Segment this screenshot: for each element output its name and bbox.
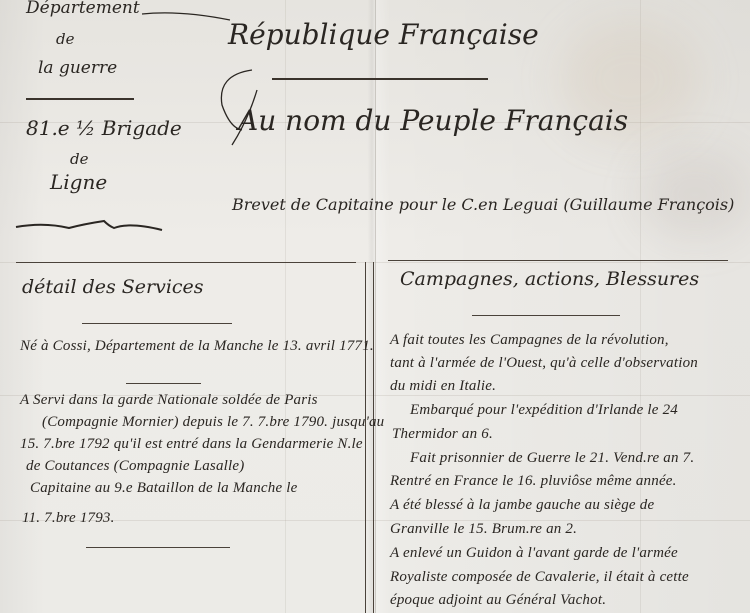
center-fold <box>375 0 376 613</box>
header-divider <box>26 98 134 100</box>
campaign-entry: A enlevé un Guidon à l'avant garde de l'… <box>390 545 678 562</box>
title-flourish <box>140 6 240 56</box>
service-entry: Capitaine au 9.e Bataillon de la Manche … <box>30 480 298 497</box>
service-entry: (Compagnie Mornier) depuis le 7. 7.bre 1… <box>42 414 384 431</box>
title-republique: République Française <box>228 18 539 51</box>
department-la-guerre: la guerre <box>38 58 117 78</box>
campaign-entry: Granville le 15. Brum.re an 2. <box>390 521 577 538</box>
service-entry: 11. 7.bre 1793. <box>22 510 115 527</box>
brigade-ligne: Ligne <box>50 170 107 194</box>
column-divider <box>365 262 366 613</box>
brigade-flourish <box>14 218 164 234</box>
campaign-entry: A été blessé à la jambe gauche au siège … <box>390 497 654 514</box>
campaign-entry: Thermidor an 6. <box>392 426 493 443</box>
document-page: Département de la guerre 81.e ½ Brigade … <box>0 0 750 613</box>
department-label: Département <box>26 0 140 18</box>
title-divider <box>272 78 488 80</box>
service-entry: 15. 7.bre 1792 qu'il est entré dans la G… <box>20 436 363 453</box>
service-entry: Né à Cossi, Département de la Manche le … <box>20 338 374 355</box>
brigade-de: de <box>70 150 88 168</box>
service-entry: de Coutances (Compagnie Lasalle) <box>26 458 244 475</box>
campaign-entry: tant à l'armée de l'Ouest, qu'à celle d'… <box>390 355 698 372</box>
service-separator <box>126 383 201 384</box>
campaign-entry: du midi en Italie. <box>390 378 496 395</box>
campaign-entry: Rentré en France le 16. pluviôse même an… <box>390 473 677 490</box>
title-brevet: Brevet de Capitaine pour le C.en Leguai … <box>232 195 734 214</box>
services-heading-rule <box>82 323 232 324</box>
campaign-entry: Embarqué pour l'expédition d'Irlande le … <box>410 402 678 419</box>
campaign-entry: époque adjoint au Général Vachot. <box>390 592 606 609</box>
campaigns-heading: Campagnes, actions, Blessures <box>400 268 699 290</box>
department-de: de <box>56 30 74 48</box>
campaign-entry: Royaliste composée de Cavalerie, il étai… <box>390 569 689 586</box>
column-divider-2 <box>373 262 374 613</box>
brigade-label: 81.e ½ Brigade <box>26 116 182 140</box>
services-end-rule <box>86 547 230 548</box>
campaigns-heading-rule <box>472 315 620 316</box>
service-entry: A Servi dans la garde Nationale soldée d… <box>20 392 318 409</box>
services-top-rule <box>16 262 356 263</box>
campaigns-top-rule <box>388 260 728 261</box>
title-au-nom: Au nom du Peuple Français <box>238 104 628 137</box>
campaign-entry: Fait prisonnier de Guerre le 21. Vend.re… <box>410 450 694 467</box>
services-heading: détail des Services <box>22 276 204 298</box>
campaign-entry: A fait toutes les Campagnes de la révolu… <box>390 332 669 349</box>
